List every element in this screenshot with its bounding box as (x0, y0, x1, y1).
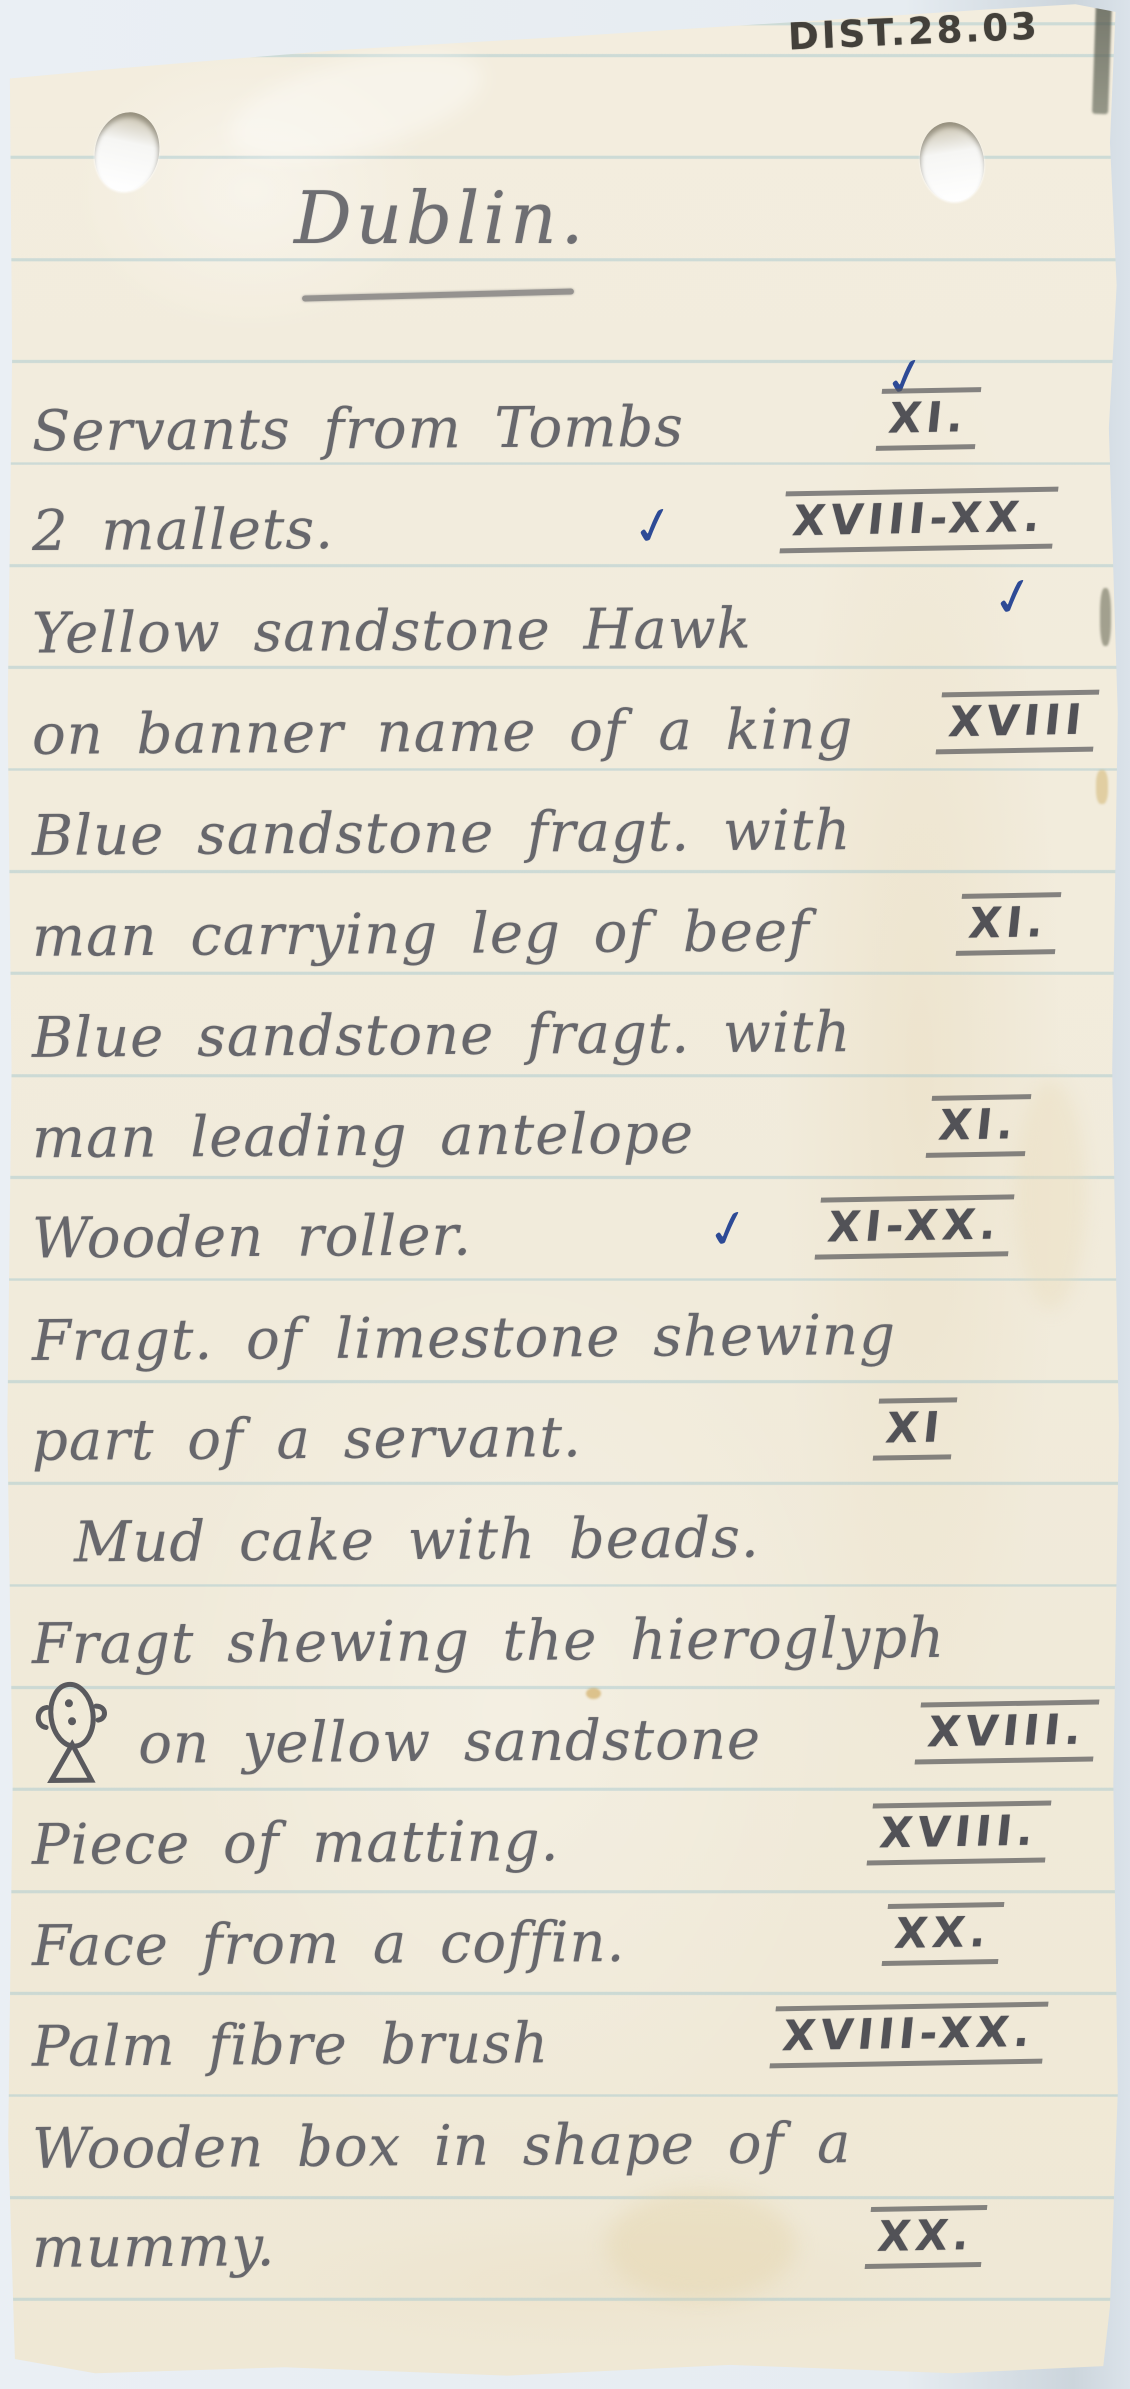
checkmark-icon: ✓ (627, 497, 680, 557)
entry-text-label: mummy. (32, 2214, 276, 2281)
note-line: mummy. XX. (32, 2179, 1096, 2280)
note-line: on yellow sandstone XVIII. (32, 1674, 1096, 1775)
note-line: part of a servant. XI (32, 1371, 1096, 1472)
entry-text-label: part of a servant. (32, 1405, 582, 1474)
note-line: on banner name of a king XVIII (32, 664, 1096, 765)
entry-text: Servants from Tombs (32, 400, 684, 461)
plate-number: XVIII (936, 690, 1100, 755)
checkmark-icon: ✓ (987, 568, 1040, 628)
entry-text-label: man leading antelope (32, 1102, 694, 1172)
note-line: Servants from Tombs ✓ XI. (32, 361, 1096, 462)
entry-text: Blue sandstone fragt. with (32, 803, 852, 865)
plate-number: XI-XX. (815, 1194, 1015, 1259)
entry-text-label: Mud cake with beads. (74, 1506, 760, 1576)
entries: Servants from Tombs ✓ XI. 2 mallets. ✓ X… (32, 361, 1096, 2280)
entry-text-label: Yellow sandstone Hawk (32, 596, 752, 666)
entry-text: Mud cake with beads. (74, 1511, 760, 1572)
entry-text-label: Wooden roller. (32, 1203, 472, 1271)
plate-number: XVIII. (867, 1800, 1052, 1865)
entry-text-label: Face from a coffin. (32, 1910, 626, 1979)
plate-number: XX. (865, 2205, 987, 2269)
entry-text: part of a servant. (32, 1410, 582, 1470)
entry-text: mummy. (32, 2219, 276, 2277)
plate-number: XVIII-XX. (779, 487, 1058, 554)
entry-text: Blue sandstone fragt. with (32, 1005, 852, 1067)
entry-text: on yellow sandstone (32, 1654, 762, 1773)
note-line: Blue sandstone fragt. with (32, 765, 1096, 866)
entry-text: Fragt. of limestone shewing (32, 1308, 896, 1370)
note-line: Wooden roller. ✓ XI-XX. (32, 1169, 1096, 1270)
note-line: Yellow sandstone Hawk ✓ (32, 563, 1096, 664)
plate-number: XX. (882, 1902, 1004, 1966)
page-root: { "page": { "archival_code": "DIST.28.03… (0, 0, 1130, 2389)
note-line: Blue sandstone fragt. with (32, 967, 1096, 1068)
entry-text: Face from a coffin. (32, 1915, 626, 1975)
entry-text-label: Fragt. of limestone shewing (32, 1303, 896, 1374)
plate-number: XI. (956, 892, 1062, 956)
note-line: Fragt. of limestone shewing (32, 1270, 1096, 1371)
entry-text-label: 2 mallets. (32, 497, 334, 564)
entry-text: Palm fibre brush (32, 2016, 549, 2076)
plate-number: XVIII-XX. (769, 2002, 1048, 2069)
note-line: 2 mallets. ✓ XVIII-XX. (32, 462, 1096, 563)
note-line: man leading antelope XI. (32, 1068, 1096, 1169)
entry-text-label: Piece of matting. (32, 1809, 560, 1878)
entry-text-label: Wooden box in shape of a (32, 2111, 852, 2182)
note-line: man carrying leg of beef XI. (32, 866, 1096, 967)
entry-text: Wooden roller. (32, 1208, 472, 1267)
entry-text: man carrying leg of beef (32, 904, 810, 965)
note-line: Palm fibre brush XVIII-XX. (32, 1977, 1096, 2078)
entry-text-label: Blue sandstone fragt. with (32, 798, 852, 869)
plate-number: XI (873, 1397, 958, 1460)
entry-text-label: Palm fibre brush (32, 2011, 549, 2080)
entry-text: Yellow sandstone Hawk (32, 601, 752, 662)
fish-hieroglyph-icon (32, 1673, 113, 1788)
plate-number: XI. (926, 1094, 1032, 1158)
entry-text-label: on banner name of a king (32, 697, 854, 768)
entry-text: 2 mallets. (32, 502, 334, 560)
checkmark-icon: ✓ (702, 1200, 755, 1260)
plate-number: XI. (876, 387, 982, 451)
note-line: Piece of matting. XVIII. (32, 1775, 1096, 1876)
page-title: Dublin. (294, 176, 588, 260)
note-line: Mud cake with beads. (32, 1472, 1096, 1573)
plate-number: XVIII. (915, 1699, 1100, 1764)
entry-text: on banner name of a king (32, 702, 854, 764)
entry-text: man leading antelope (32, 1107, 694, 1168)
entry-text: Piece of matting. (32, 1814, 560, 1874)
entry-text-label: Blue sandstone fragt. with (32, 1000, 852, 1071)
entry-text-label: Servants from Tombs (32, 395, 684, 465)
paper-sheet: DIST.28.03 Dublin. Servants from Tombs ✓… (6, 0, 1120, 2378)
entry-text: Wooden box in shape of a (32, 2116, 852, 2178)
note-line: Face from a coffin. XX. (32, 1876, 1096, 1977)
note-line: Wooden box in shape of a (32, 2078, 1096, 2179)
entry-text-label: man carrying leg of beef (32, 899, 810, 969)
entry-text-label: on yellow sandstone (138, 1707, 761, 1776)
